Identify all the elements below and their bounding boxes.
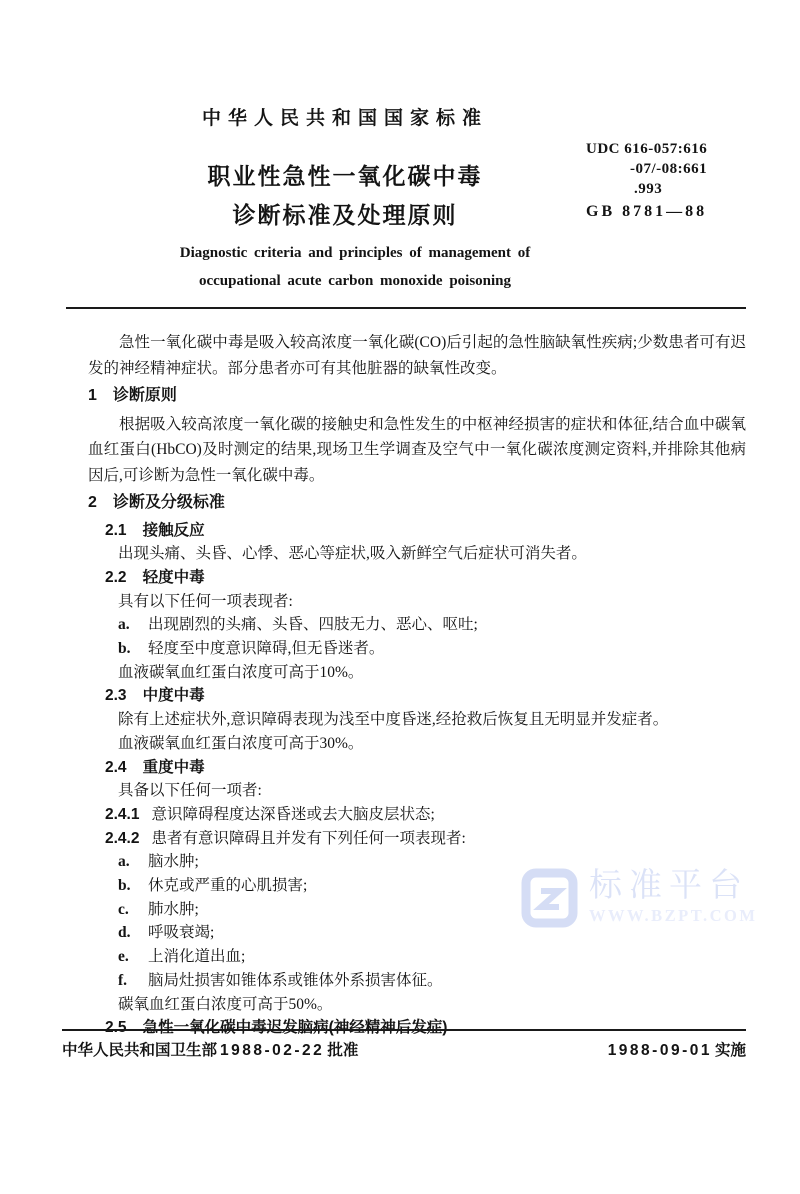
clause-2-4-note: 碳氧血红蛋白浓度可高于50%。 xyxy=(88,993,746,1017)
list-item-text: 肺水肿; xyxy=(148,898,199,922)
list-item-text: 上消化道出血; xyxy=(148,945,245,969)
clause-2-3-heading: 2.3中度中毒 xyxy=(88,684,746,708)
list-item: b.休克或严重的心肌损害; xyxy=(88,874,746,898)
clause-2-4-intro: 具备以下任何一项者: xyxy=(88,779,746,803)
document-page: 中华人民共和国国家标准 职业性急性一氧化碳中毒 诊断标准及处理原则 UDC 61… xyxy=(0,0,800,1194)
list-marker: a. xyxy=(118,613,148,637)
section-2-heading: 2诊断及分级标准 xyxy=(88,490,746,516)
list-item-text: 脑水肿; xyxy=(148,850,199,874)
standard-code: GB 8781—88 xyxy=(586,202,707,222)
intro-paragraph: 急性一氧化碳中毒是吸入较高浓度一氧化碳(CO)后引起的急性脑缺氧性疾病;少数患者… xyxy=(88,330,746,381)
list-item-text: 休克或严重的心肌损害; xyxy=(148,874,307,898)
clause-2-2-number: 2.2 xyxy=(105,569,127,586)
list-item: e.上消化道出血; xyxy=(88,945,746,969)
clause-2-3-title: 中度中毒 xyxy=(143,687,205,704)
list-marker: c. xyxy=(118,898,148,922)
clause-2-1-title: 接触反应 xyxy=(143,522,205,539)
clause-2-4-title: 重度中毒 xyxy=(143,759,205,776)
clause-2-4-number: 2.4 xyxy=(105,759,127,776)
english-title-line1: Diagnostic criteria and principles of ma… xyxy=(0,239,710,267)
footer-approval: 中华人民共和国卫生部1988-02-22批准 xyxy=(62,1038,358,1060)
preamble-block: 急性一氧化碳中毒是吸入较高浓度一氧化碳(CO)后引起的急性脑缺氧性疾病;少数患者… xyxy=(88,330,746,516)
document-footer: 中华人民共和国卫生部1988-02-22批准 1988-09-01实施 xyxy=(62,1029,746,1060)
section-2-number: 2 xyxy=(88,494,97,511)
clause-2-2-note: 血液碳氧血红蛋白浓度可高于10%。 xyxy=(88,661,746,685)
english-title-line2: occupational acute carbon monoxide poiso… xyxy=(0,267,710,295)
section-2-title: 诊断及分级标准 xyxy=(113,494,225,511)
approval-label: 批准 xyxy=(327,1042,358,1059)
document-body: 急性一氧化碳中毒是吸入较高浓度一氧化碳(CO)后引起的急性脑缺氧性疾病;少数患者… xyxy=(88,330,746,1040)
list-item-text: 出现剧烈的头痛、头昏、四肢无力、恶心、呕吐; xyxy=(148,613,478,637)
clause-2-3-number: 2.3 xyxy=(105,687,127,704)
list-item: f.脑局灶损害如锥体系或锥体外系损害体征。 xyxy=(88,969,746,993)
standard-label: 中华人民共和国国家标准 xyxy=(0,103,690,130)
clause-2-4-2-number: 2.4.2 xyxy=(105,830,139,847)
implement-label: 实施 xyxy=(715,1042,746,1059)
udc-block: UDC 616-057:616 -07/-08:661 .993 GB 8781… xyxy=(586,139,707,222)
list-item-text: 轻度至中度意识障碍,但无昏迷者。 xyxy=(148,637,384,661)
clause-2-1-text: 出现头痛、头昏、心悸、恶心等症状,吸入新鲜空气后症状可消失者。 xyxy=(88,542,746,566)
section-1-paragraph: 根据吸入较高浓度一氧化碳的接触史和急性发生的中枢神经损害的症状和体征,结合血中碳… xyxy=(88,412,746,489)
list-item: b.轻度至中度意识障碍,但无昏迷者。 xyxy=(88,637,746,661)
header-divider-rule xyxy=(66,307,746,309)
clause-2-1-number: 2.1 xyxy=(105,522,127,539)
udc-line3: .993 xyxy=(586,179,707,199)
approver-name: 中华人民共和国卫生部 xyxy=(62,1042,217,1059)
list-item: a.出现剧烈的头痛、头昏、四肢无力、恶心、呕吐; xyxy=(88,613,746,637)
list-marker: a. xyxy=(118,850,148,874)
list-marker: d. xyxy=(118,921,148,945)
clause-2-2-title: 轻度中毒 xyxy=(143,569,205,586)
section-1-title: 诊断原则 xyxy=(113,387,177,404)
clause-2-3-text: 除有上述症状外,意识障碍表现为浅至中度昏迷,经抢救后恢复且无明显并发症者。 xyxy=(88,708,746,732)
clause-2-4-heading: 2.4重度中毒 xyxy=(88,756,746,780)
implement-date: 1988-09-01 xyxy=(605,1042,715,1059)
udc-line2: -07/-08:661 xyxy=(586,159,707,179)
list-marker: f. xyxy=(118,969,148,993)
udc-line1: UDC 616-057:616 xyxy=(586,139,707,159)
footer-implementation: 1988-09-01实施 xyxy=(605,1038,746,1060)
section-1-heading: 1诊断原则 xyxy=(88,383,746,409)
list-item: c.肺水肿; xyxy=(88,898,746,922)
clause-2-4-1: 2.4.1意识障碍程度达深昏迷或去大脑皮层状态; xyxy=(88,803,746,827)
english-title: Diagnostic criteria and principles of ma… xyxy=(0,239,710,295)
list-item-text: 脑局灶损害如锥体系或锥体外系损害体征。 xyxy=(148,969,443,993)
clause-2-4-1-text: 意识障碍程度达深昏迷或去大脑皮层状态; xyxy=(151,806,434,823)
clause-2-4-1-number: 2.4.1 xyxy=(105,806,139,823)
clause-2-2-intro: 具有以下任何一项表现者: xyxy=(88,590,746,614)
clauses-block: 2.1接触反应 出现头痛、头昏、心悸、恶心等症状,吸入新鲜空气后症状可消失者。 … xyxy=(88,519,746,1040)
clause-2-2-heading: 2.2轻度中毒 xyxy=(88,566,746,590)
list-marker: e. xyxy=(118,945,148,969)
list-marker: b. xyxy=(118,874,148,898)
list-item-text: 呼吸衰竭; xyxy=(148,921,214,945)
list-marker: b. xyxy=(118,637,148,661)
clause-2-4-2-text: 患者有意识障碍且并发有下列任何一项表现者: xyxy=(151,830,465,847)
clause-2-4-2: 2.4.2患者有意识障碍且并发有下列任何一项表现者: xyxy=(88,827,746,851)
approval-date: 1988-02-22 xyxy=(217,1042,327,1059)
clause-2-3-note: 血液碳氧血红蛋白浓度可高于30%。 xyxy=(88,732,746,756)
section-1-number: 1 xyxy=(88,387,97,404)
list-item: d.呼吸衰竭; xyxy=(88,921,746,945)
clause-2-1-heading: 2.1接触反应 xyxy=(88,519,746,543)
list-item: a.脑水肿; xyxy=(88,850,746,874)
